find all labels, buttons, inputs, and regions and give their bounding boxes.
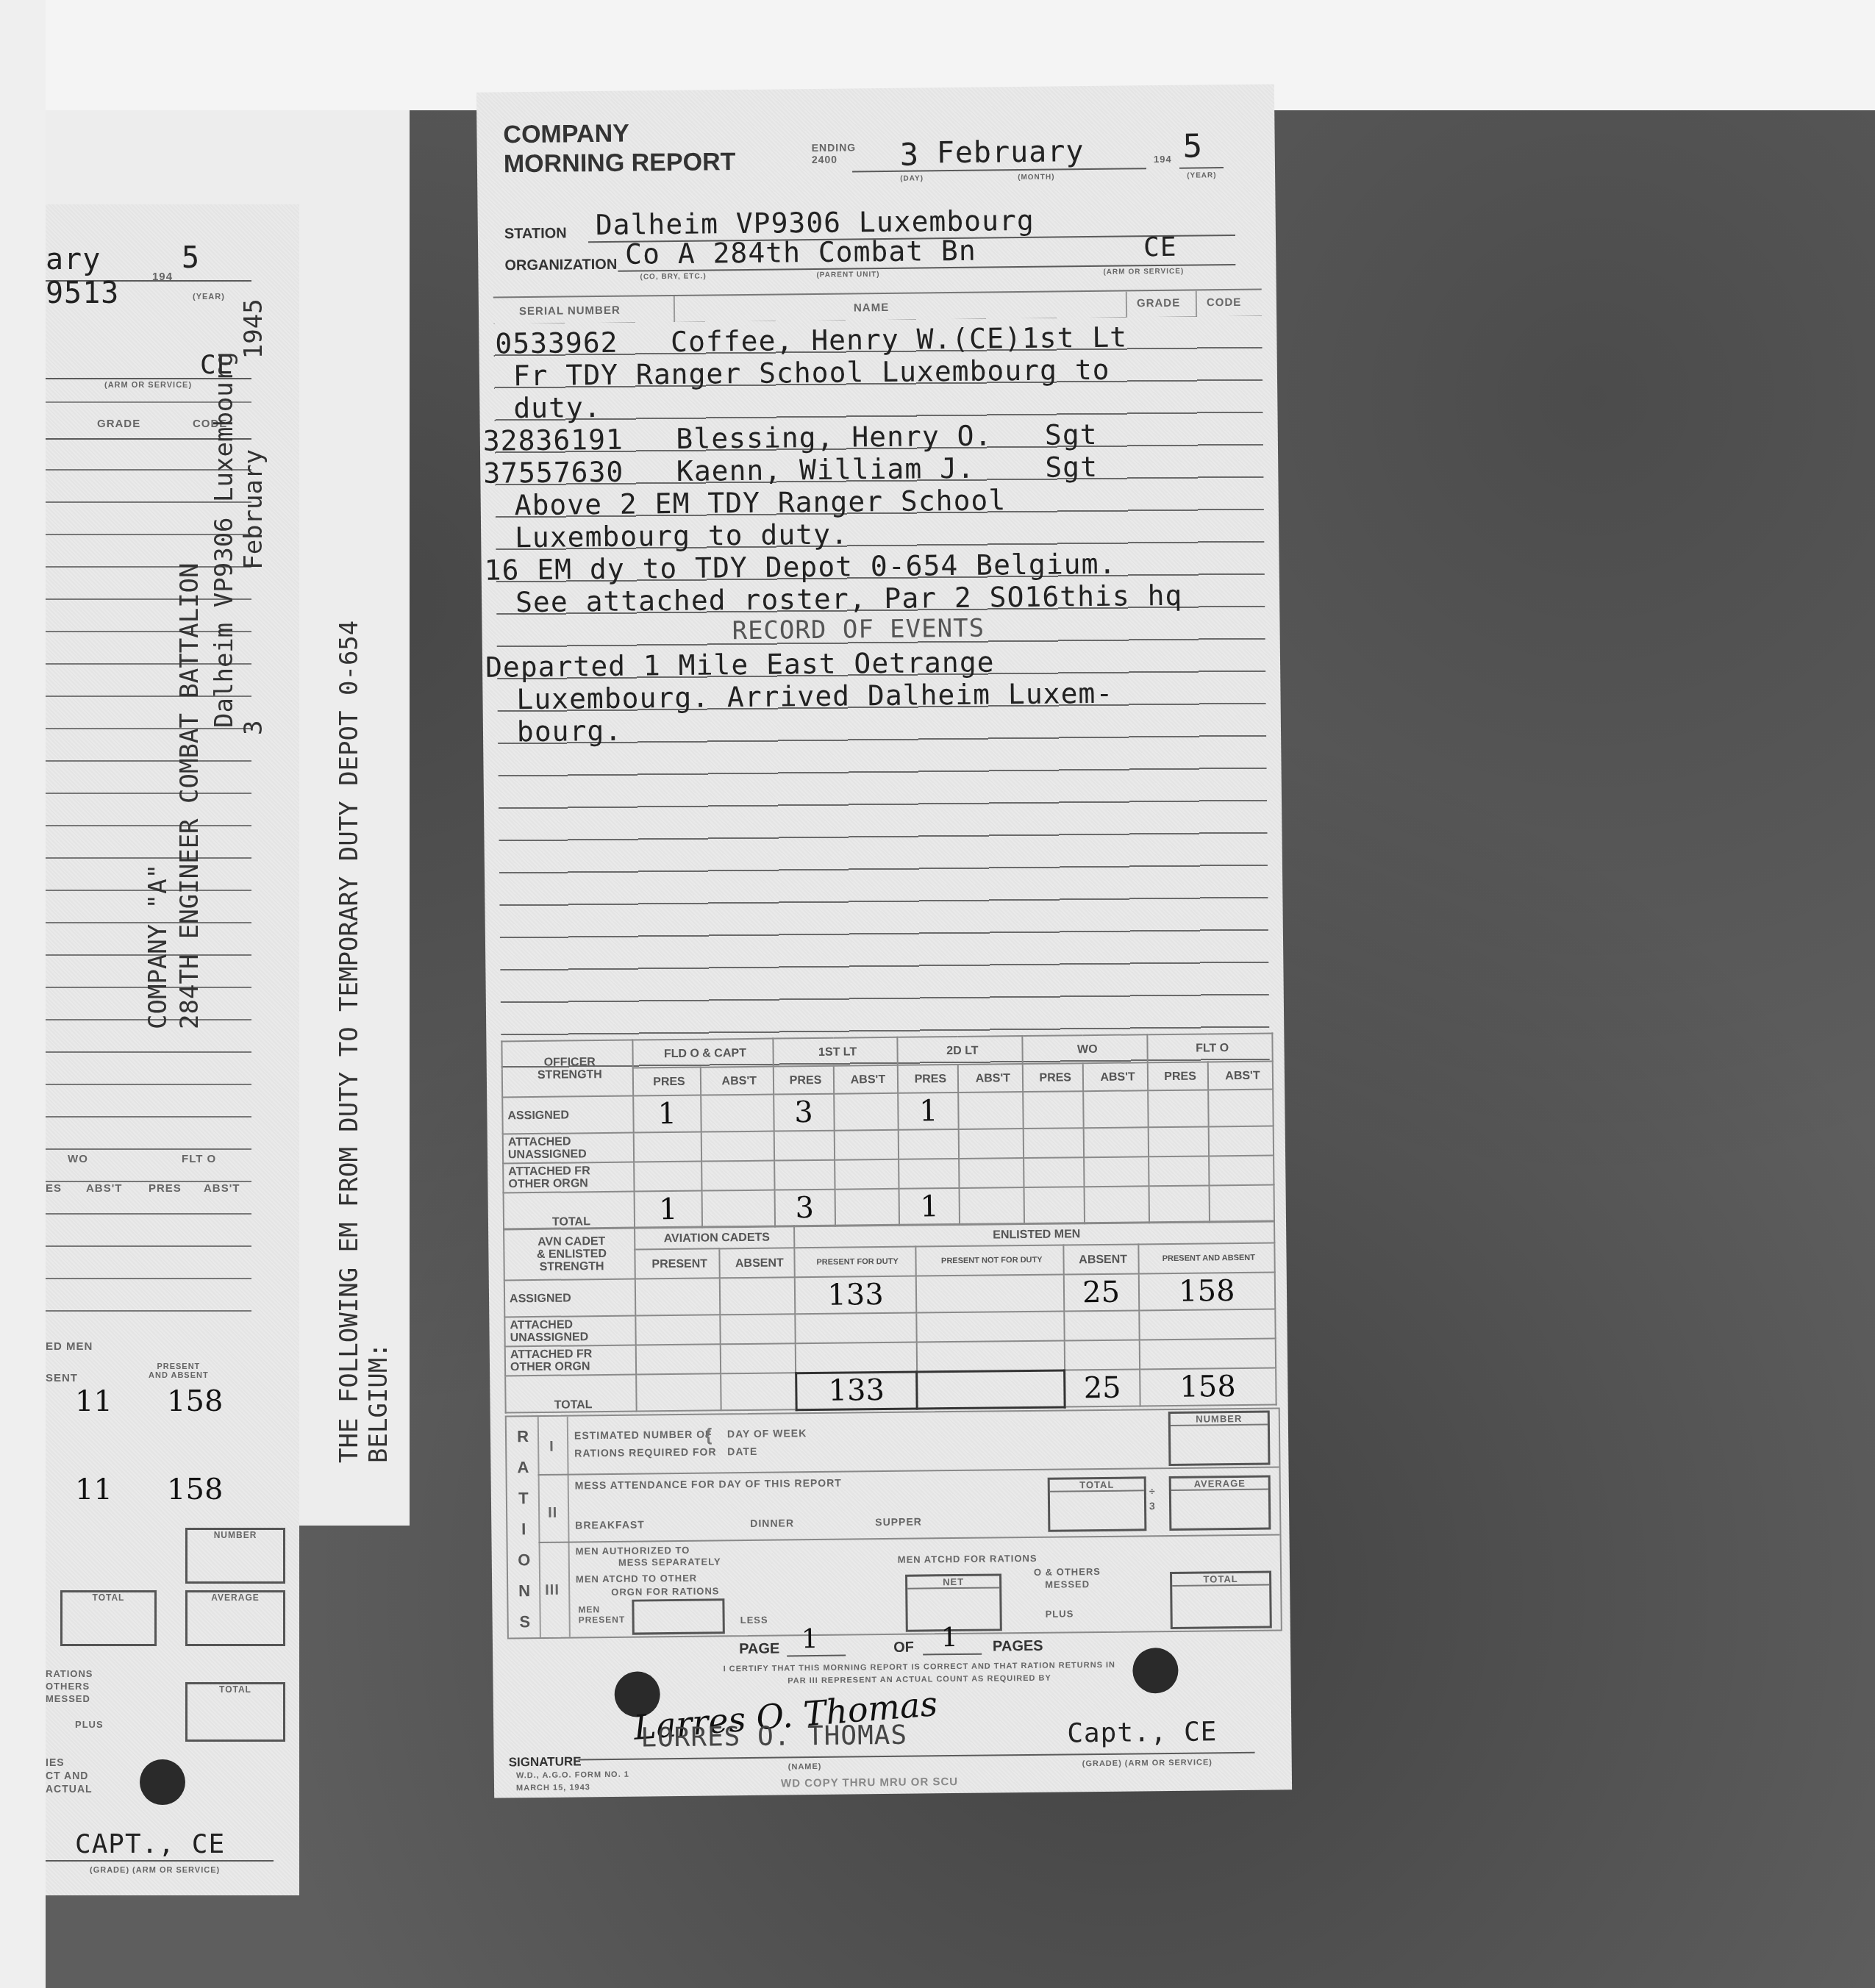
left-sub-header-2: PRES [149,1182,182,1195]
men-atchd-other-label: MEN ATCHD TO OTHER [576,1573,697,1585]
sub-pres: PRES [1023,1063,1083,1092]
enlisted-strength-table: AVN CADET & ENLISTED STRENGTH AVIATION C… [503,1220,1277,1413]
roster-date-line: 3 February 1945 [239,298,268,735]
cell: 158 [1138,1272,1275,1310]
form-title-line1: COMPANY [503,119,629,150]
cell [636,1373,721,1411]
left-certify-fragment: IES CT AND ACTUAL [46,1756,93,1795]
left-grade-value: CAPT., CE [75,1829,225,1859]
left-arm-caption: (ARM OR SERVICE) [104,381,192,390]
copy-note: WD COPY THRU MRU OR SCU [781,1776,958,1790]
officer-group-wo: WO [1023,1034,1148,1064]
number-box[interactable]: NUMBER [1168,1411,1271,1466]
entry-line-6: Above 2 EM TDY Ranger School [497,484,1007,521]
cell: 1 [899,1093,959,1130]
report-year-digit: 5 [1182,127,1203,165]
officer-strength-table: OFFICER STRENGTH FLD O & CAPT 1ST LT 2D … [501,1032,1275,1230]
name-caption: (NAME) [788,1762,822,1771]
aviation-cadets-header: AVIATION CADETS [635,1226,795,1249]
sub-abst: ABS'T [701,1067,774,1095]
row-label: ATTACHED FR OTHER ORGN [505,1345,636,1376]
ending-label: ENDING 2400 [812,141,857,165]
report-month: February [937,135,1085,170]
left-station-fragment: 9513 [46,276,119,310]
event-line-1: Departed 1 Mile East Oetrange [485,646,995,683]
organization-value: Co A 284th Combat Bn [625,235,976,271]
year-rule [1179,167,1224,169]
left-absent-header: SENT [46,1372,78,1384]
left-number-label: NUMBER [187,1530,283,1540]
dinner-label: DINNER [750,1517,794,1529]
men-atchd-for-rations-label: MEN ATCHD FOR RATIONS [898,1553,1037,1565]
total-iii-box[interactable]: TOTAL [1170,1571,1272,1629]
cell [1148,1090,1208,1127]
total-label: TOTAL [1050,1479,1144,1492]
sub-pres: PRES [773,1066,833,1095]
cell [917,1370,1065,1408]
number-label: NUMBER [1171,1413,1268,1426]
cell: 1 [899,1188,960,1226]
rations-divider [537,1417,541,1637]
brace: { [705,1425,713,1445]
side-letter: O [511,1545,537,1576]
officer-group-2d-lt: 2D LT [898,1036,1023,1065]
col-present: PRESENT [635,1248,720,1279]
cell: 1 [635,1191,702,1229]
cell: 158 [1140,1367,1276,1406]
organization-label: ORGANIZATION [504,257,617,275]
col-present-for-duty: PRESENT FOR DUTY [795,1247,916,1278]
side-letter: A [510,1452,536,1483]
cell [960,1187,1024,1225]
page-rule [787,1655,846,1657]
left-average-box: AVERAGE [185,1590,285,1646]
cell [835,1189,899,1226]
signer-name: LORRES O. THOMAS [640,1720,907,1753]
row-label: ATTACHED UNASSIGNED [503,1133,634,1164]
left-year-caption: (YEAR) [193,293,225,301]
roster-belgium-line: BELGIUM: [364,1342,393,1463]
grade-header: GRADE [1137,297,1180,310]
side-letter: I [510,1514,537,1545]
roster-battalion-line: 284TH ENGINEER COMBAT BATTALION [175,562,204,1029]
left-signature-rule [46,1860,274,1862]
total-pages: 1 [941,1623,958,1653]
cell: 3 [774,1190,835,1227]
col-present-and-absent: PRESENT AND ABSENT [1138,1242,1275,1273]
rations-required-label: RATIONS REQUIRED FOR [574,1445,716,1459]
code-divider [1196,290,1197,316]
roster-company-line: COMPANY "A" [143,864,173,1029]
col-em-absent: ABSENT [1063,1244,1138,1274]
estimated-number-label: ESTIMATED NUMBER OF [574,1428,712,1441]
breakfast-label: BREAKFAST [575,1518,645,1531]
sub-abst: ABS'T [1208,1061,1273,1090]
form-title-line2: MORNING REPORT [504,147,736,179]
cell [721,1373,796,1410]
total-iii-label: TOTAL [1172,1573,1269,1587]
cell [1024,1187,1085,1224]
cell [1149,1185,1210,1223]
row-label: ATTACHED FR OTHER ORGN [503,1162,634,1193]
entry-line-3: duty. [496,391,601,424]
cell: 25 [1063,1273,1138,1311]
of-label: OF [893,1640,914,1656]
cell [1023,1091,1083,1129]
code-header: CODE [1207,296,1242,309]
side-letter: S [511,1606,537,1637]
cell [1083,1090,1148,1128]
left-total-box: TOTAL [60,1590,157,1646]
sub-abst: ABS'T [1083,1062,1148,1091]
left-total-label: TOTAL [63,1592,154,1603]
entry-line-2: Fr TDY Ranger School Luxembourg to [496,354,1110,393]
org-caption-arm: (ARM OR SERVICE) [1103,268,1184,276]
men-authorized-label: MEN AUTHORIZED TO [576,1545,690,1557]
rations-rule [538,1466,1279,1476]
org-caption-parent: (PARENT UNIT) [816,271,879,279]
mess-attendance-label: MESS ATTENDANCE FOR DAY OF THIS REPORT [575,1477,842,1492]
left-total-box-iii: TOTAL [185,1682,285,1742]
cell [916,1274,1064,1312]
section-i-label: I [549,1439,554,1456]
record-of-events-heading: RECORD OF EVENTS [732,614,985,646]
left-grade-caption: (GRADE) (ARM OR SERVICE) [90,1866,220,1875]
left-total-iii-label: TOTAL [187,1684,283,1695]
page-label: PAGE [739,1641,779,1659]
cell [701,1095,774,1132]
company-morning-report-form: COMPANY MORNING REPORT ENDING 2400 3 Feb… [476,84,1292,1798]
left-average-label: AVERAGE [187,1592,283,1603]
roster-following-em-line: THE FOLLOWING EM FROM DUTY TO TEMPORARY … [335,621,364,1463]
side-letter: T [510,1483,537,1514]
scan-left-margin [0,0,46,1988]
date-label: DATE [727,1445,757,1457]
rations-side-label: R A T I O N S [510,1421,538,1637]
sub-pres: PRES [1148,1062,1208,1090]
row-label: ASSIGNED [502,1096,634,1134]
day-of-week-label: DAY OF WEEK [727,1427,807,1440]
year-caption: (YEAR) [1187,171,1217,179]
certify-text: I CERTIFY THAT THIS MORNING REPORT IS CO… [713,1659,1125,1689]
cell [1085,1186,1149,1223]
roster-station-line: Dalheim VP9306 Luxembourg [210,351,239,728]
rations-rule [539,1534,1280,1543]
left-grade-header: GRADE [97,418,140,430]
cell: 133 [795,1276,916,1315]
left-total-total: 158 [167,1473,223,1506]
serial-number-header: SERIAL NUMBER [519,304,621,318]
o-others-messed-label: O & OTHERS MESSED [1034,1565,1101,1591]
rations-divider [567,1417,571,1637]
row-label: ASSIGNED [504,1279,636,1317]
station-label: STATION [504,225,567,243]
section-ii-label: II [548,1505,557,1522]
left-sub-header-0: ES [46,1182,62,1195]
left-month-fragment: ary [46,243,101,276]
row-label: TOTAL [504,1192,635,1230]
left-enlisted-fragment: ED MEN [46,1340,93,1353]
event-line-3: bourg. [499,715,623,748]
left-rations-fragment: RATIONS OTHERS MESSED [46,1667,93,1705]
row-label: ATTACHED UNASSIGNED [504,1316,635,1347]
entry-line-7: Luxembourg to duty. [497,518,849,554]
event-line-2: Luxembourg. Arrived Dalheim Luxem- [499,677,1113,716]
org-caption-unit: (CO, BRY, ETC.) [640,272,706,281]
left-sub-header-3: ABS'T [204,1182,240,1195]
officer-group-flt-o: FLT O [1147,1033,1272,1062]
sub-pres: PRES [633,1068,701,1096]
cell [959,1092,1024,1129]
cell [720,1277,795,1315]
left-present-and-absent-header: PRESENT AND ABSENT [149,1362,209,1380]
pages-rule [923,1653,982,1656]
page-number: 1 [801,1624,818,1654]
officer-group-1st-lt: 1ST LT [773,1037,898,1067]
officer-strength-header: OFFICER STRENGTH [501,1040,633,1098]
left-wo-header: WO [68,1153,88,1165]
year-prefix: 194 [1154,154,1172,165]
cell: 25 [1065,1369,1140,1406]
cell [635,1278,721,1315]
divide-by-three: ÷ 3 [1149,1484,1156,1513]
officer-group-fld: FLD O & CAPT [632,1039,773,1068]
signer-grade: Capt., CE [1067,1717,1217,1748]
left-year-digit: 5 [182,241,200,275]
left-sub-header-1: ABS'T [86,1182,122,1195]
left-flt-o-header: FLT O [182,1153,216,1165]
punch-hole [140,1759,185,1805]
sub-abst: ABS'T [833,1065,898,1094]
men-present-box[interactable] [632,1598,724,1634]
left-total-absent: 11 [75,1473,113,1506]
left-plus-label: PLUS [75,1719,104,1730]
col-present-not-for-duty: PRESENT NOT FOR DUTY [915,1245,1063,1276]
left-assigned-absent: 11 [75,1384,113,1418]
orgn-for-rations-label: ORGN FOR RATIONS [611,1585,719,1598]
supper-label: SUPPER [875,1516,922,1528]
average-label: AVERAGE [1171,1478,1268,1491]
cell [701,1190,774,1228]
punch-hole-right [1132,1648,1179,1694]
net-label: NET [907,1576,999,1589]
side-letter: R [510,1421,536,1452]
less-label: LESS [740,1615,768,1626]
cell [834,1093,899,1131]
sub-abst: ABS'T [958,1064,1023,1093]
average-box[interactable]: AVERAGE [1169,1476,1271,1531]
signature-label: SIGNATURE [509,1754,582,1770]
form-id: W.D., A.G.O. FORM NO. 1 MARCH 15, 1943 [516,1769,629,1795]
serial-divider [674,296,675,322]
side-letter: N [511,1576,537,1606]
left-assigned-total: 158 [167,1384,223,1418]
section-iii-label: III [545,1582,560,1599]
grade-divider [1126,291,1127,317]
arm-of-service-value: CE [1143,232,1177,262]
men-present-label: MEN PRESENT [578,1604,625,1626]
cell: 133 [796,1372,917,1410]
col-absent: ABSENT [720,1248,795,1278]
rations-section: R A T I O N S I ESTIMATED NUMBER OF RATI… [505,1407,1282,1639]
enlisted-row-total: TOTAL 133 25 158 [505,1367,1276,1412]
pages-label: PAGES [993,1638,1043,1656]
cell [1208,1089,1273,1126]
cell: 1 [633,1095,701,1133]
enlisted-strength-header: AVN CADET & ENLISTED STRENGTH [504,1228,635,1281]
name-header: NAME [854,301,889,315]
total-ii-box[interactable]: TOTAL [1048,1476,1147,1531]
sub-pres: PRES [898,1065,958,1093]
grade-caption: (GRADE) (ARM OR SERVICE) [1082,1758,1212,1768]
cell: 3 [774,1094,834,1131]
month-caption: (MONTH) [1018,174,1054,182]
mess-separately-label: MESS SEPARATELY [618,1556,721,1567]
row-label: TOTAL [505,1375,637,1413]
plus-label: PLUS [1046,1608,1074,1619]
day-caption: (DAY) [900,174,924,182]
cell [1210,1184,1274,1222]
left-number-box: NUMBER [185,1528,285,1584]
report-day: 3 [900,136,920,172]
